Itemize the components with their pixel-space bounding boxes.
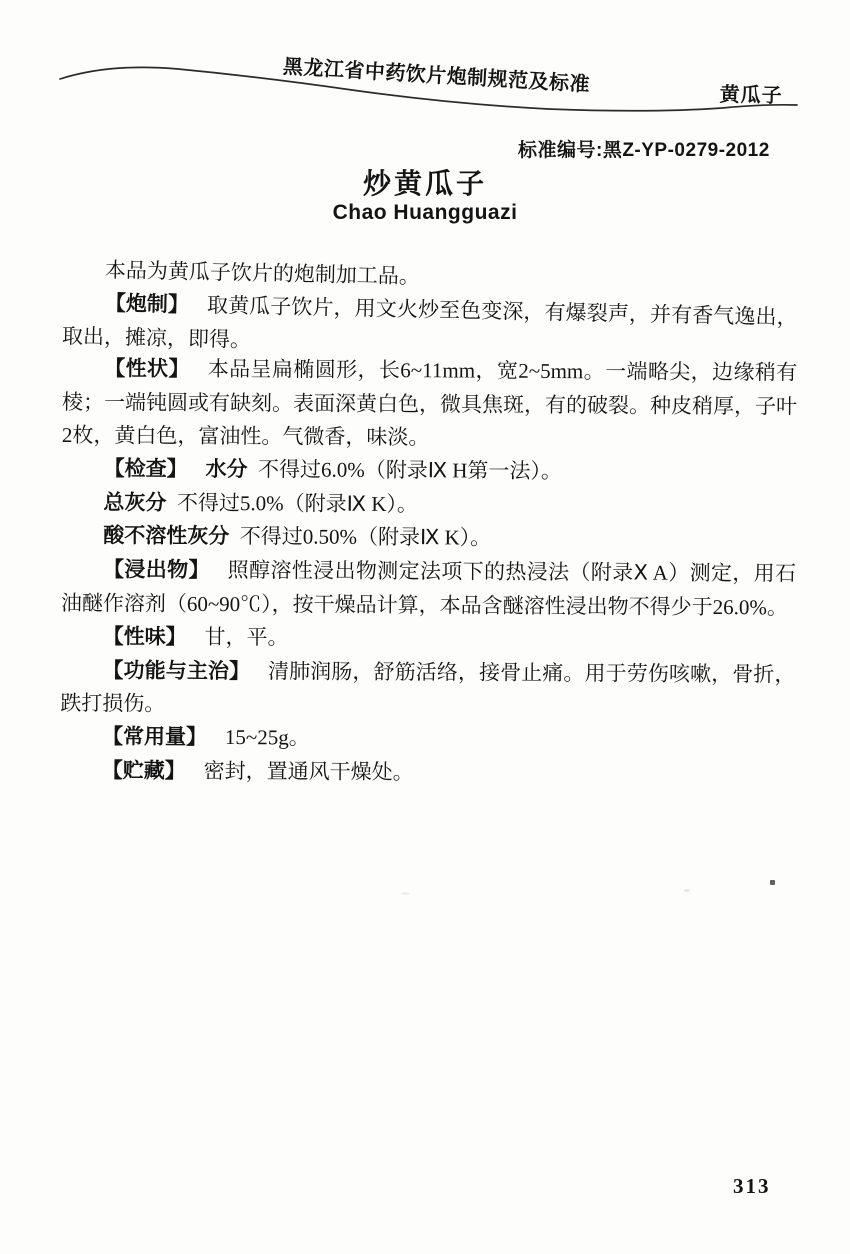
section-text: 不得过5.0%（附录Ⅸ K）。: [177, 490, 418, 515]
section-text: 不得过6.0%（附录Ⅸ H第一法）。: [258, 457, 562, 483]
section-xingwei: 【性味】甘，平。: [61, 620, 796, 658]
section-text: 甘，平。: [204, 625, 288, 650]
document-page: 黑龙江省中药饮片炮制规范及标准 黄瓜子 标准编号:黑Z-YP-0279-2012…: [0, 0, 850, 1254]
monograph-title: 炒黄瓜子: [0, 162, 850, 202]
section-text: 密封，置通风干燥处。: [204, 759, 414, 784]
section-text: 15~25g。: [225, 725, 310, 750]
running-head-book-title: 黑龙江省中药饮片炮制规范及标准: [282, 50, 591, 97]
section-jinchuwu: 【浸出物】照醇溶性浸出物测定法项下的热浸法（附录Ⅹ A）测定，用石油醚作溶剂（6…: [61, 553, 796, 624]
section-label: 【性味】: [103, 625, 187, 649]
monograph-pinyin: Chao Huangguazi: [0, 201, 850, 225]
section-changyongliang: 【常用量】15~25g。: [60, 720, 795, 758]
section-subhead: 总灰分: [103, 491, 166, 514]
section-gongnengzhuzhi: 【功能与主治】清肺润肠，舒筋活络，接骨止痛。用于劳伤咳嗽，骨折，跌打损伤。: [60, 654, 795, 725]
section-label: 【检查】: [104, 457, 188, 481]
section-xingzhuang: 【性状】本品呈扁椭圆形，长6~11mm，宽2~5mm。一端略尖，边缘稍有棱；一端…: [62, 352, 798, 456]
section-subhead: 水分: [205, 458, 247, 481]
page-number: 313: [733, 1174, 771, 1199]
section-label: 【贮藏】: [102, 759, 186, 783]
scan-speck: [401, 892, 410, 895]
scan-speck: [770, 880, 775, 885]
section-suanburongxinghuifen: 酸不溶性灰分不得过0.50%（附录Ⅸ K）。: [61, 519, 796, 557]
section-label: 【炮制】: [105, 292, 190, 317]
standard-number: 标准编号:黑Z-YP-0279-2012: [518, 135, 770, 162]
section-label: 【常用量】: [102, 725, 207, 749]
section-label: 【性状】: [104, 358, 190, 382]
section-zonghuifen: 总灰分不得过5.0%（附录Ⅸ K）。: [61, 486, 796, 524]
section-subhead: 酸不溶性灰分: [103, 525, 229, 549]
section-zhucang: 【贮藏】密封，置通风干燥处。: [60, 754, 795, 792]
section-jiancha: 【检查】水分不得过6.0%（附录Ⅸ H第一法）。: [62, 452, 797, 490]
section-label: 【功能与主治】: [102, 659, 250, 683]
running-head-herb-name: 黄瓜子: [719, 78, 783, 108]
intro-text: 本品为黄瓜子饮片的炮制加工品。: [105, 258, 420, 289]
monograph-body: 本品为黄瓜子饮片的炮制加工品。 【炮制】取黄瓜子饮片，用文火炒至色变深，有爆裂声…: [60, 253, 798, 792]
section-text: 不得过0.50%（附录Ⅸ K）。: [240, 524, 492, 550]
scan-speck: [684, 889, 690, 892]
section-label: 【浸出物】: [103, 558, 210, 582]
